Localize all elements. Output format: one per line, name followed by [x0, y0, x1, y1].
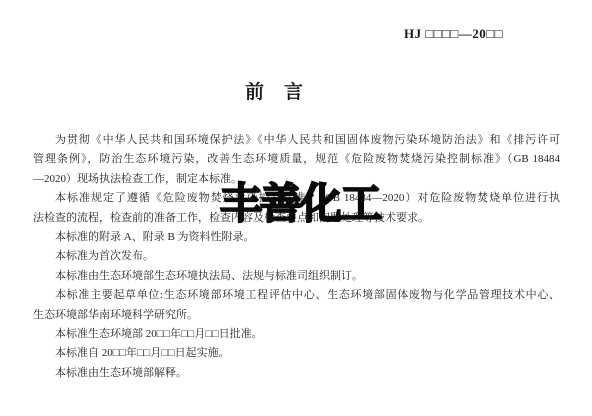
body-line: 本标准生态环境部 20□□年□□月□□日批准。 [33, 325, 560, 344]
body-line: 管理条例》，防治生态环境污染，改善生态环境质量，规范《危险废物焚烧污染控制标准》… [33, 150, 560, 169]
body-line: 本标准为首次发布。 [33, 247, 560, 266]
page-title: 前言 [245, 83, 323, 103]
body-line: 生态环境部华南环境科学研究所。 [33, 306, 560, 325]
standard-number: HJ □□□□—20□□ [404, 26, 503, 42]
body-line: 本标准由生态环境部生态环境执法局、法规与标准司组织制订。 [33, 267, 560, 286]
foreword-body: 为贯彻《中华人民共和国环境保护法》《中华人民共和国固体废物污染环境防治法》和《排… [33, 131, 560, 383]
body-line: 为贯彻《中华人民共和国环境保护法》《中华人民共和国固体废物污染环境防治法》和《排… [33, 131, 560, 150]
body-line: 本标准主要起草单位:生态环境部环境工程评估中心、生态环境部固体废物与化学品管理技… [33, 286, 560, 305]
body-line: 本标准的附录 A、附录 B 为资料性附录。 [33, 228, 560, 247]
company-watermark: 丰善化工 [220, 181, 380, 229]
document-page: HJ □□□□—20□□ 前言 为贯彻《中华人民共和国环境保护法》《中华人民共和… [0, 0, 592, 416]
body-line: 本标准自 20□□年□□月□□日起实施。 [33, 344, 560, 363]
body-line: 本标准由生态环境部解释。 [33, 364, 560, 383]
